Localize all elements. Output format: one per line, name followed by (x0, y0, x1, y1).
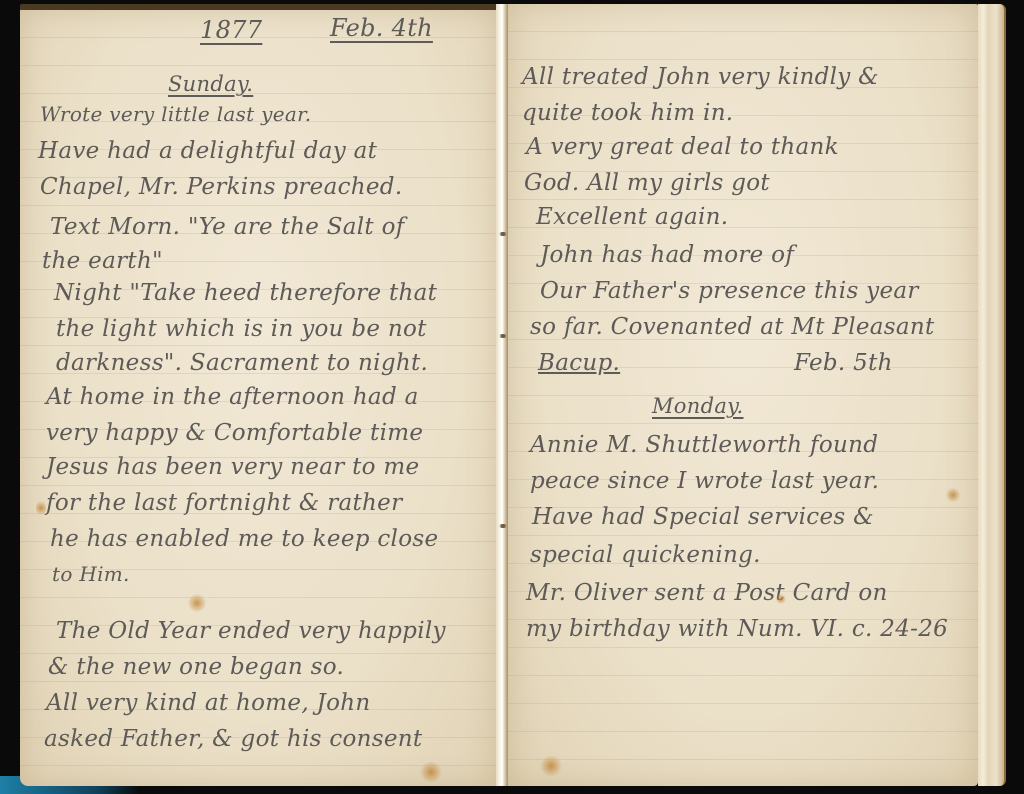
diary-line: asked Father, & got his consent (44, 726, 422, 752)
diary-line: The Old Year ended very happily (56, 618, 446, 644)
diary-line: the light which is in you be not (56, 316, 427, 342)
diary-line: special quickening. (530, 542, 761, 568)
diary-line: darkness". Sacrament to night. (56, 350, 428, 376)
diary-line: quite took him in. (522, 100, 733, 126)
foxing-stain (776, 594, 786, 604)
diary-line: & the new one began so. (48, 654, 344, 680)
binding-stitch (498, 232, 508, 236)
open-diary: 1877 Feb. 4th Sunday. Wrote very little … (20, 4, 1010, 786)
diary-line: Night "Take heed therefore that (54, 280, 437, 306)
diary-line: for the last fortnight & rather (46, 490, 402, 516)
diary-line: very happy & Comfortable time (46, 420, 423, 446)
date-heading: Feb. 4th (330, 14, 433, 42)
diary-line: A very great deal to thank (526, 134, 839, 160)
binding-stitch (498, 334, 508, 338)
day-heading: Monday. (652, 394, 743, 418)
diary-line: All very kind at home, John (46, 690, 370, 716)
diary-line: the earth" (42, 248, 163, 274)
foxing-stain (540, 756, 562, 776)
foxing-stain (420, 762, 442, 782)
diary-line: peace since I wrote last year. (530, 468, 879, 494)
diary-line: God. All my girls got (524, 170, 770, 196)
diary-line: Have had Special services & (532, 504, 874, 530)
year-heading: 1877 (200, 16, 262, 44)
day-heading: Sunday. (168, 72, 253, 96)
diary-line: Have had a delightful day at (38, 138, 377, 164)
diary-line: he has enabled me to keep close (50, 526, 438, 552)
diary-line: Chapel, Mr. Perkins preached. (40, 174, 402, 200)
diary-line: to Him. (52, 562, 130, 586)
diary-line: Jesus has been very near to me (46, 454, 419, 480)
page-block-edge (978, 4, 1006, 786)
diary-line: my birthday with Num. VI. c. 24-26 (526, 616, 948, 642)
diary-line: Excellent again. (536, 204, 728, 230)
diary-line: All treated John very kindly & (522, 64, 879, 90)
diary-line: Bacup. (538, 350, 620, 376)
diary-line: so far. Covenanted at Mt Pleasant (530, 314, 935, 340)
diary-scan: 1877 Feb. 4th Sunday. Wrote very little … (0, 0, 1024, 794)
foxing-stain (188, 594, 206, 612)
foxing-stain (36, 500, 46, 516)
date-heading: Feb. 5th (794, 350, 893, 376)
diary-line: At home in the afternoon had a (46, 384, 419, 410)
diary-line: John has had more of (540, 242, 794, 268)
diary-line: Our Father's presence this year (540, 278, 919, 304)
binding-stitch (498, 524, 508, 528)
left-page: 1877 Feb. 4th Sunday. Wrote very little … (20, 4, 498, 786)
diary-line: Wrote very little last year. (40, 102, 311, 126)
foxing-stain (946, 488, 960, 502)
diary-line: Mr. Oliver sent a Post Card on (526, 580, 888, 606)
diary-line: Text Morn. "Ye are the Salt of (50, 214, 405, 240)
diary-line: Annie M. Shuttleworth found (530, 432, 878, 458)
right-page: All treated John very kindly & quite too… (508, 4, 978, 786)
